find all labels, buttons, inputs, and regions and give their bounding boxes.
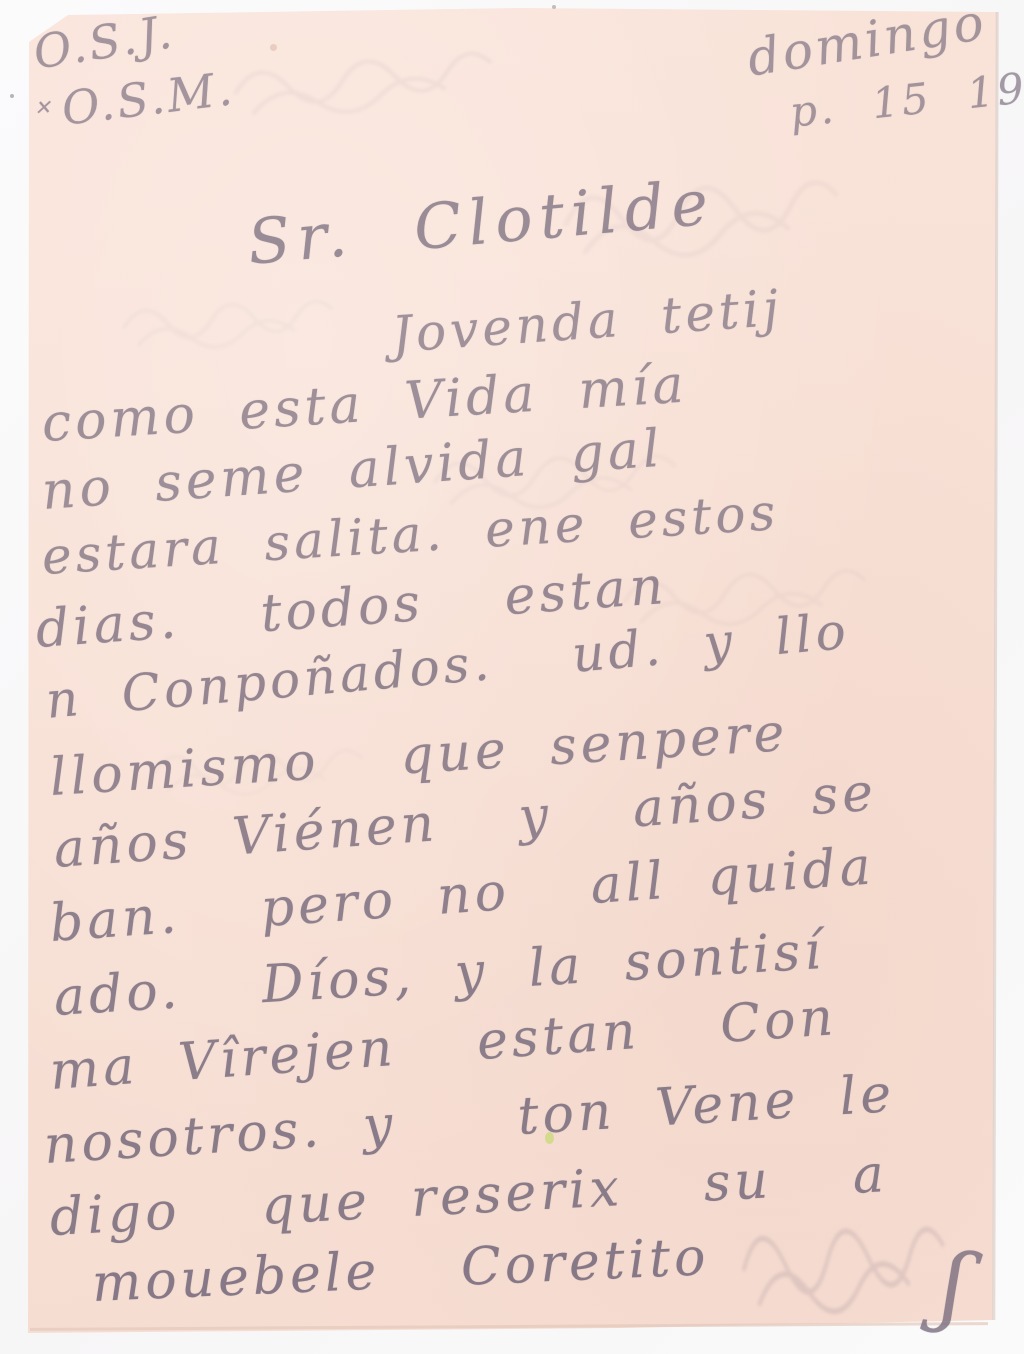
dust-speck — [552, 5, 556, 9]
paper-flaw — [270, 44, 277, 51]
check-mark: ✕ — [33, 95, 55, 120]
paper-speck-green — [545, 1132, 554, 1144]
dust-speck — [10, 94, 14, 98]
